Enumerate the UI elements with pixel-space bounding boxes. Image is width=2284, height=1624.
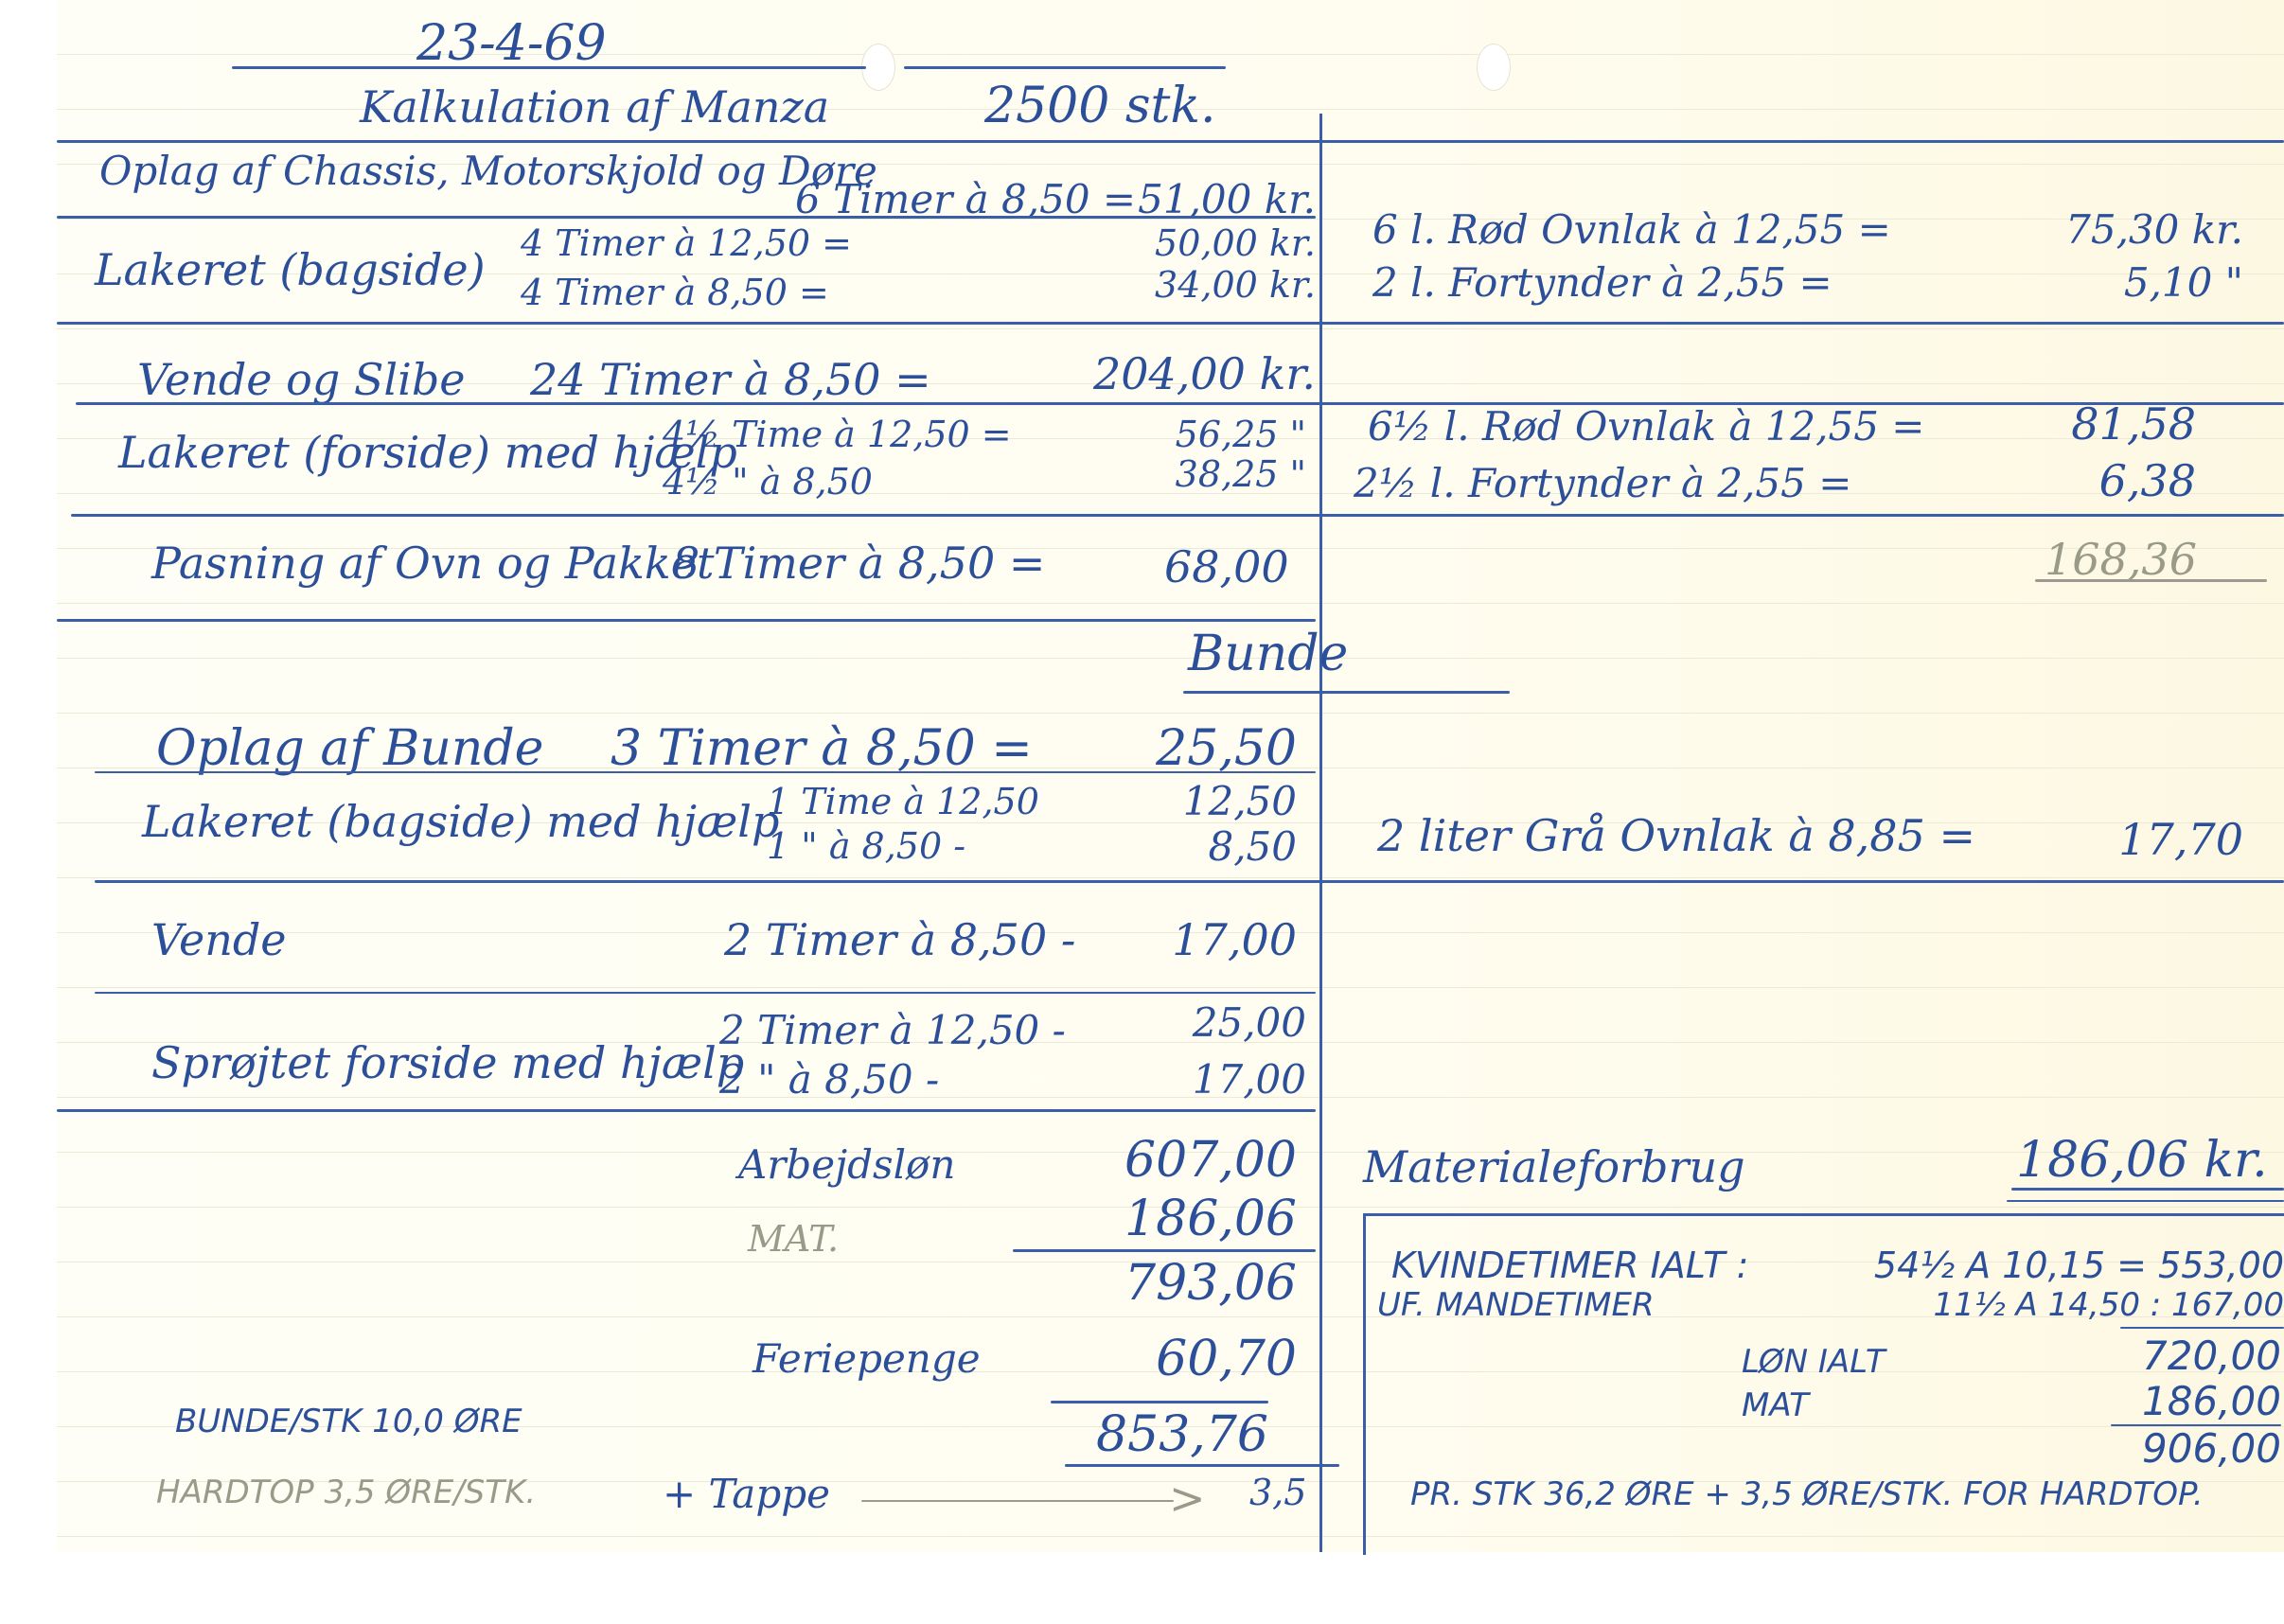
bunde-amount: 17,00 (1107, 1060, 1306, 1100)
hardtop-note: HARDTOP 3,5 ØRE/STK. (156, 1476, 536, 1509)
bunde-desc: Oplag af Bunde (156, 724, 543, 773)
material-line: 6 l. Rød Ovnlak à 12,55 = (1372, 210, 1891, 250)
summary-feriepenge: 60,70 (1060, 1334, 1297, 1384)
box-mat-value: 186,00 (2082, 1382, 2281, 1421)
labor-calc: 6 Timer à 8,50 = (795, 180, 1136, 220)
labor-calc: 4 Timer à 8,50 = (521, 274, 829, 310)
labor-amount: 38,25 " (1117, 456, 1306, 492)
bunde-amount: 8,50 (1098, 827, 1297, 867)
row-divider (71, 514, 2284, 517)
box-wage-total: 720,00 (2082, 1336, 2281, 1376)
material-subtotal: 168,36 (2045, 538, 2197, 581)
box-mat-label: MAT (1742, 1389, 1809, 1421)
box-wage-total-label: LØN IALT (1742, 1346, 1886, 1378)
row-divider (95, 771, 1316, 773)
row-divider (95, 992, 1316, 994)
row-divider (57, 216, 1316, 219)
bunde-calc: 2 Timer à 8,50 - (724, 918, 1075, 962)
punch-hole (1477, 44, 1511, 91)
row-divider (57, 1109, 1316, 1112)
bunde-amount: 12,50 (1098, 782, 1297, 821)
labor-desc: Lakeret (forside) med hjælp (118, 431, 737, 474)
labor-desc: Oplag af Chassis, Motorskjold og Døre (99, 151, 877, 191)
bunde-desc: Sprøjtet forside med hjælp (151, 1041, 744, 1085)
sum-underline (1013, 1249, 1316, 1252)
bunde-amount: 17,00 (1089, 918, 1297, 962)
bunde-desc: Vende (151, 918, 287, 962)
bunde-amount: 25,00 (1107, 1003, 1306, 1043)
material-amount: 81,58 (2016, 402, 2196, 446)
date-underline (232, 66, 866, 69)
summary-total: 853,76 (1060, 1410, 1268, 1459)
row-divider (57, 322, 2284, 325)
bunde-calc: 3 Timer à 8,50 = (611, 724, 1033, 773)
total-underline (1065, 1464, 1339, 1467)
material-line: 6½ l. Rød Ovnlak à 12,55 = (1368, 407, 1925, 447)
consumption-underline (2011, 1188, 2284, 1191)
labor-calc: 4½ Time à 12,50 = (663, 416, 1012, 452)
document-title: Kalkulation af Manza (360, 85, 829, 129)
hardtop-extra: 3,5 (1249, 1474, 1306, 1510)
material-line: 2 liter Grå Ovnlak à 8,85 = (1377, 814, 1975, 857)
column-divider (1319, 114, 1322, 1552)
labor-calc: 8 Timer à 8,50 = (672, 541, 1045, 585)
summary-mat: 186,06 (1060, 1194, 1297, 1244)
material-line: 2 l. Fortynder à 2,55 = (1372, 263, 1833, 303)
bunde-amount: 25,50 (1098, 724, 1297, 773)
bunde-per-piece-note: BUNDE/STK 10,0 ØRE (175, 1405, 522, 1438)
bunde-calc: 2 Timer à 12,50 - (719, 1011, 1066, 1050)
row-divider (95, 880, 2284, 883)
box-underline (2120, 1327, 2284, 1329)
material-consumption-label: Materialeforbrug (1363, 1145, 1745, 1189)
material-amount: 17,70 (2063, 818, 2243, 861)
tappe-note: + Tappe (663, 1474, 830, 1514)
labor-calc: 4½ " à 8,50 (663, 464, 873, 500)
summary-arbejdslon: 607,00 (1060, 1136, 1297, 1185)
document-quantity: 2500 stk. (984, 81, 1216, 131)
bunde-calc: 2 " à 8,50 - (719, 1060, 939, 1100)
row-divider (76, 402, 2284, 405)
box-women-hours-label: KVINDETIMER IALT : (1391, 1247, 1748, 1283)
box-grand-total: 906,00 (2082, 1429, 2281, 1469)
summary-label-arbejdslon: Arbejdsløn (738, 1145, 955, 1185)
document-date: 23-4-69 (416, 19, 607, 68)
material-line: 2½ l. Fortynder à 2,55 = (1354, 464, 1851, 503)
date-underline (904, 66, 1226, 69)
material-amount: 75,30 kr. (2016, 210, 2243, 250)
bunde-calc: 1 Time à 12,50 (767, 784, 1039, 820)
material-consumption-value: 186,06 kr. (2016, 1136, 2268, 1185)
box-per-piece: PR. STK 36,2 ØRE + 3,5 ØRE/STK. FOR HARD… (1410, 1478, 2204, 1510)
bunde-heading: Bunde (1188, 629, 1348, 679)
labor-amount: 56,25 " (1117, 416, 1306, 452)
labor-desc: Pasning af Ovn og Pakket (151, 541, 715, 585)
arrow-line (861, 1500, 1174, 1502)
material-amount: 5,10 " (2016, 263, 2243, 303)
row-divider (57, 619, 1316, 622)
punch-hole (861, 44, 895, 91)
summary-sum: 793,06 (1060, 1259, 1297, 1308)
bunde-calc: 1 " à 8,50 - (767, 828, 965, 864)
box-men-hours-label: UF. MANDETIMER (1377, 1289, 1655, 1321)
labor-desc: Lakeret (bagside) (95, 248, 486, 291)
subtotal-underline (2035, 579, 2267, 582)
material-amount: 6,38 (2016, 459, 2196, 503)
summary-label-mat: MAT. (748, 1221, 839, 1257)
labor-amount: 51,00 kr. (1117, 180, 1316, 220)
bunde-desc: Lakeret (bagside) med hjælp (142, 800, 779, 843)
box-women-hours-calc: 54½ A 10,15 = 553,00 (1798, 1247, 2284, 1283)
labor-calc: 4 Timer à 12,50 = (521, 225, 852, 261)
header-divider (57, 140, 2284, 143)
arrow-icon: > (1169, 1476, 1206, 1520)
box-men-hours-calc: 11½ A 14,50 : 167,00 (1798, 1289, 2284, 1321)
labor-amount: 50,00 kr. (1117, 225, 1316, 261)
consumption-double-underline (2007, 1200, 2284, 1202)
labor-amount: 34,00 kr. (1117, 267, 1316, 303)
labor-calc: 24 Timer à 8,50 = (530, 358, 931, 401)
labor-amount: 68,00 (1164, 545, 1289, 589)
labor-amount: 204,00 kr. (1089, 352, 1316, 396)
labor-desc: Vende og Slibe (137, 358, 466, 401)
bunde-underline (1183, 691, 1510, 694)
summary-label-feriepenge: Feriepenge (752, 1339, 981, 1379)
total-overline (1051, 1401, 1268, 1403)
